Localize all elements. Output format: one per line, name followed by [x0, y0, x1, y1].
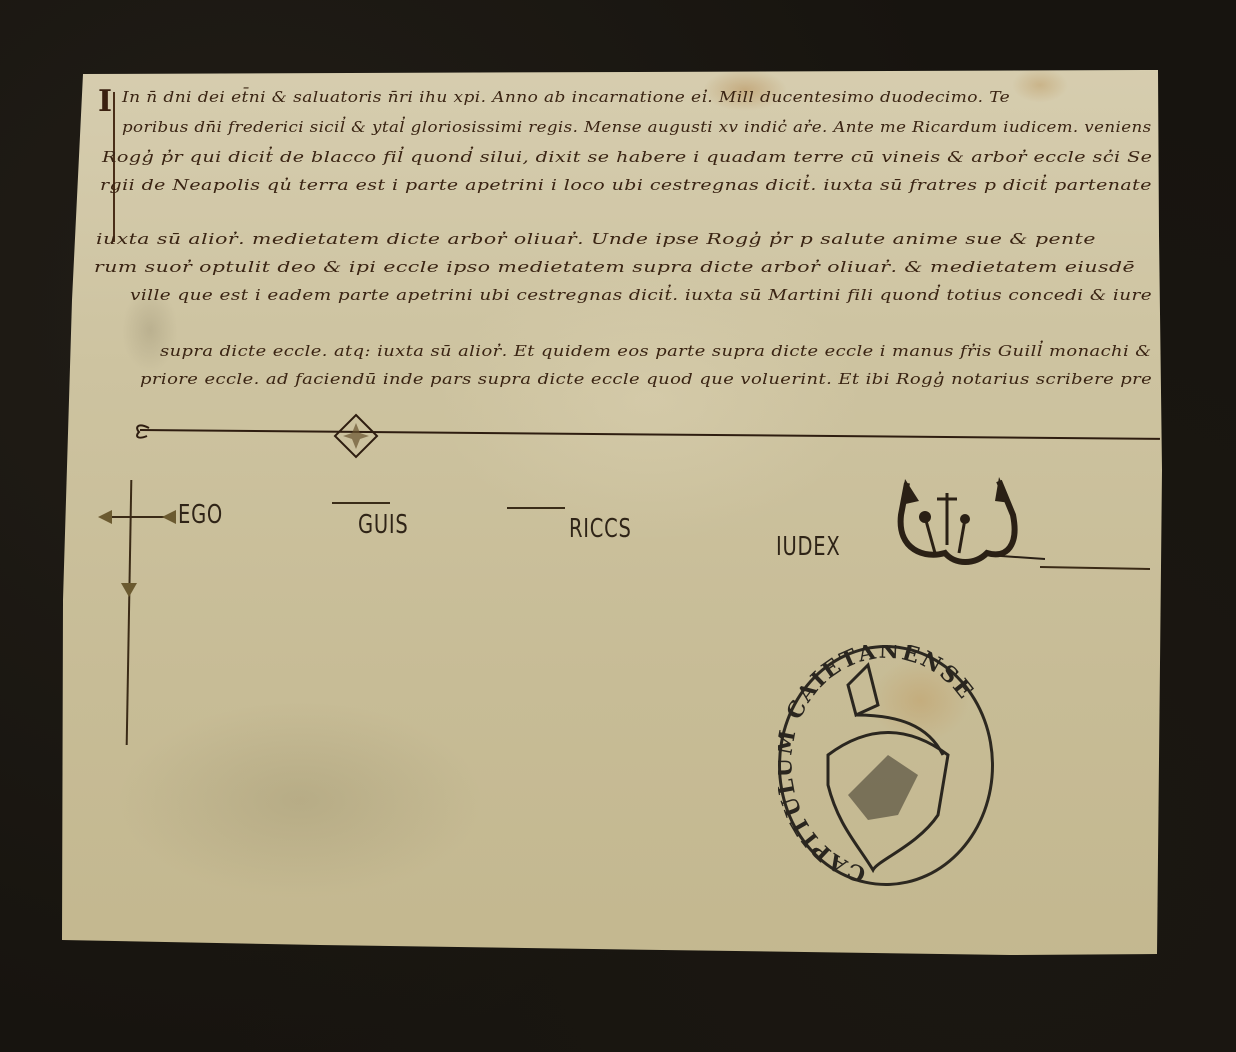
rule-left-scroll	[133, 418, 153, 442]
signature-guis: GUIS	[358, 510, 409, 540]
text-line-2: poribus dn̄i frederici sicil̓ & ytal̓ gl…	[122, 119, 1152, 136]
text-line-5: iuxta sū alior̓. medietatem dicte arbor…	[96, 231, 1096, 248]
text-line-1: In n̄ dni dei et̄ni & saluatoris n̄ri ih…	[122, 89, 1152, 106]
seal-legend: CAPITULUM CAIETANENSE	[778, 645, 994, 886]
notary-monogram-icon	[895, 475, 1045, 585]
text-line-6: rum suor̓ optulit deo & ipi eccle ipso m…	[94, 259, 1135, 276]
signature-ego: EGO	[178, 500, 223, 530]
abbreviation-bar-riccs	[507, 507, 565, 509]
rule-diamond-ornament	[333, 413, 379, 459]
text-line-8: supra dicte eccle. atq: iuxta sū alior̓…	[160, 343, 1152, 360]
initial-stem	[113, 92, 115, 242]
abbreviation-bar-guis	[332, 502, 390, 504]
signature-riccs: RICCS	[569, 514, 632, 544]
text-line-7: ville que est i eadem parte apetrini ubi…	[130, 287, 1152, 304]
text-line-3: Rogg̓ p̓r qui dicit̓ de blacco fil̓ quon…	[102, 149, 1152, 166]
signature-iudex: IUDEX	[776, 532, 840, 562]
text-line-9: priore eccle. ad faciendū inde pars sup…	[140, 371, 1152, 388]
text-line-4: rgii de Neapolis qu̓ terra est i parte a…	[100, 177, 1152, 194]
decorated-initial-i: I	[98, 84, 112, 119]
